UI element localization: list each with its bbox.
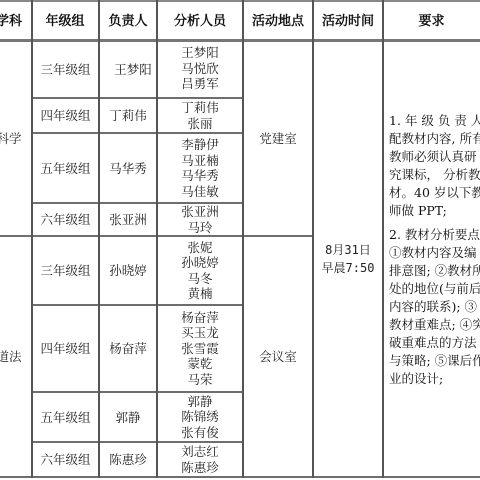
analyst-name: 马亚楠 <box>181 153 219 169</box>
location-party-building-room: 党建室 <box>244 42 312 235</box>
header-requirements: 要求 <box>383 2 480 40</box>
leader-cell: 郭静 <box>99 393 157 441</box>
leader-cell: 马华秀 <box>99 134 157 202</box>
leader-cell: 张亚洲 <box>99 204 157 235</box>
grade-cell: 六年级组 <box>33 204 98 235</box>
grade-cell: 四年级组 <box>33 99 98 132</box>
analyst-name: 马华秀 <box>181 168 219 184</box>
grade-cell: 四年级组 <box>33 306 98 391</box>
header-grade: 年级组 <box>32 2 98 40</box>
header-location: 活动地点 <box>243 2 313 40</box>
analysts-cell: 王梦阳 马悦欣 吕勇军 <box>157 40 243 97</box>
analyst-name: 吕勇军 <box>181 76 219 92</box>
analyst-name: 买玉龙 <box>181 325 219 341</box>
leader-cell: 孙晓婷 <box>99 237 157 304</box>
analyst-name: 丁莉伟 <box>181 100 219 116</box>
text-line: 教材重难点; ④突 <box>389 316 480 334</box>
activity-clock: 早晨7:50 <box>322 259 375 277</box>
activity-date: 8月31日 <box>325 241 371 259</box>
analyst-name: 李静伊 <box>181 137 219 153</box>
analyst-name: 孙晓婷 <box>181 255 219 271</box>
analyst-name: 马佳敏 <box>181 184 219 200</box>
analyst-name: 黄楠 <box>187 286 212 302</box>
requirements-text: 1. 年 级 负 责 人 分 配教材内容, 所有 教师必须认真研 究课标， 分析… <box>389 112 480 388</box>
text-line: 材。40 岁以下教 <box>389 184 480 202</box>
text-line: 2. 教材分析要点 <box>389 226 480 244</box>
analyst-name: 陈锦绣 <box>181 409 219 425</box>
analyst-name: 马荣 <box>187 372 212 388</box>
text-line: 究课标， 分析教 <box>389 166 480 184</box>
analyst-name: 陈惠珍 <box>181 460 219 476</box>
analyst-name: 王梦阳 <box>181 45 219 61</box>
text-line: 处的地位(与前后 <box>389 280 480 298</box>
grade-cell: 五年级组 <box>33 393 98 441</box>
header-subject: 学科 <box>0 2 32 40</box>
text-line: 师做 PPT; <box>389 202 480 220</box>
grade-cell: 五年级组 <box>33 134 98 202</box>
analysis-schedule-table: 学科 年级组 负责人 分析人员 活动地点 活动时间 要求 科学 道法 三年级组 … <box>0 0 480 480</box>
analysts-cell: 张妮 孙晓婷 马冬 黄楠 <box>157 237 243 304</box>
activity-time: 8月31日 早晨7:50 <box>313 42 383 476</box>
text-line: 配教材内容, 所有 <box>389 130 480 148</box>
subject-science: 科学 <box>0 42 32 235</box>
location-meeting-room: 会议室 <box>244 237 312 476</box>
grade-cell: 六年级组 <box>33 443 98 476</box>
leader-cell: 丁莉伟 <box>99 99 157 132</box>
subject-morality-law: 道法 <box>0 237 32 476</box>
text-line: 与策略; ⑤课后作 <box>389 352 480 370</box>
leader-cell: 杨奋萍 <box>99 306 157 391</box>
analyst-name: 马冬 <box>187 271 212 287</box>
analyst-name: 刘志红 <box>181 444 219 460</box>
analysts-cell: 张亚洲 马玲 <box>157 204 243 235</box>
text-line: 破重难点的方法 <box>389 334 480 352</box>
analyst-name: 张丽 <box>187 116 212 132</box>
text-line: 教师必须认真研 <box>389 148 480 166</box>
text-line: ①教材内容及编 <box>389 244 480 262</box>
analyst-name: 张亚洲 <box>181 204 219 220</box>
header-analysts: 分析人员 <box>157 2 243 40</box>
analyst-name: 蒙乾 <box>187 356 212 372</box>
analysts-cell: 李静伊 马亚楠 马华秀 马佳敏 <box>157 133 243 203</box>
grade-cell: 三年级组 <box>33 237 98 304</box>
analysts-cell: 杨奋萍 买玉龙 张雪霞 蒙乾 马荣 <box>157 305 243 392</box>
analyst-name: 张有俊 <box>181 425 219 441</box>
header-time: 活动时间 <box>313 2 383 40</box>
header-leader: 负责人 <box>99 2 157 40</box>
analyst-name: 郭静 <box>187 394 212 410</box>
leader-cell: 王梦阳 <box>104 42 162 97</box>
analyst-name: 杨奋萍 <box>181 310 219 326</box>
text-line: 业的设计; <box>389 370 480 388</box>
analyst-name: 张妮 <box>187 240 212 256</box>
analysts-cell: 丁莉伟 张丽 <box>157 99 243 132</box>
text-line: 排意图; ②教材所 <box>389 262 480 280</box>
grade-cell: 三年级组 <box>33 42 98 97</box>
analyst-name: 马玲 <box>187 220 212 236</box>
table-bottom-border <box>0 476 480 478</box>
requirement-1: 1. 年 级 负 责 人 分 配教材内容, 所有 教师必须认真研 究课标， 分析… <box>389 112 480 220</box>
leader-cell: 陈惠珍 <box>99 443 157 476</box>
analyst-name: 马悦欣 <box>181 61 219 77</box>
requirement-2: 2. 教材分析要点 ①教材内容及编 排意图; ②教材所 处的地位(与前后 内容的… <box>389 226 480 388</box>
analysts-cell: 郭静 陈锦绣 张有俊 <box>157 392 243 442</box>
text-line: 1. 年 级 负 责 人 分 <box>389 112 480 130</box>
analyst-name: 张雪霞 <box>181 341 219 357</box>
text-line: 内容的联系); ③ <box>389 298 480 316</box>
analysts-cell: 刘志红 陈惠珍 <box>157 443 243 476</box>
